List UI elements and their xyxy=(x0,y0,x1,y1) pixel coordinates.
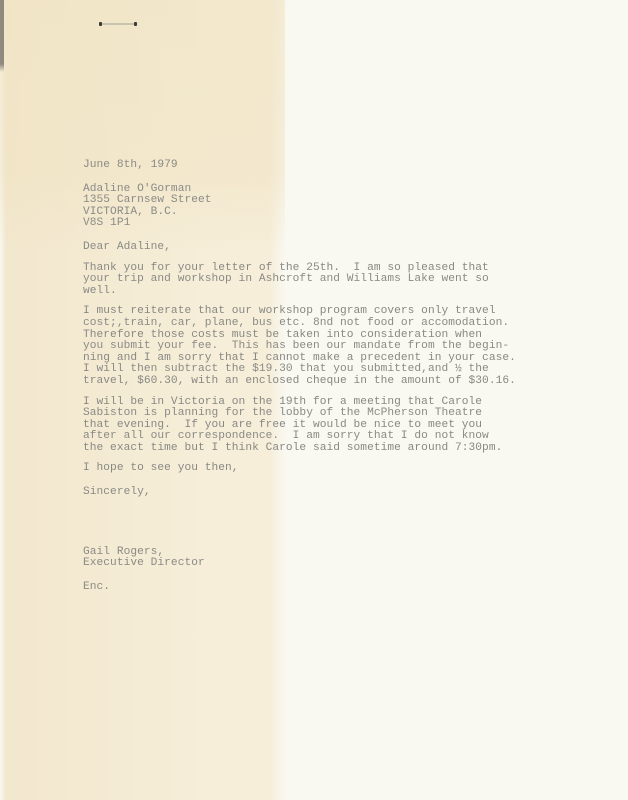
paragraph-3: I will be in Victoria on the 19th for a … xyxy=(83,397,583,455)
paragraph-line: the exact time but I think Carole said s… xyxy=(83,443,583,455)
paragraph-1: Thank you for your letter of the 25th. I… xyxy=(83,263,583,298)
paragraph-2: I must reiterate that our workshop progr… xyxy=(83,306,583,387)
paragraph-line: your trip and workshop in Ashcroft and W… xyxy=(83,274,583,286)
recipient-city: VICTORIA, B.C. xyxy=(83,207,583,219)
enclosure-note: Enc. xyxy=(83,582,583,594)
signer-title: Executive Director xyxy=(83,558,583,570)
paragraph-line: you submit your fee. This has been our m… xyxy=(83,341,583,353)
closing: Sincerely, xyxy=(83,487,583,499)
paragraph-line: I hope to see you then, xyxy=(83,463,583,475)
salutation: Dear Adaline, xyxy=(83,242,583,254)
letter-body: June 8th, 1979 Adaline O'Gorman 1355 Car… xyxy=(83,160,583,593)
paragraph-line: travel, $60.30, with an enclosed cheque … xyxy=(83,376,583,388)
paragraph-4: I hope to see you then, xyxy=(83,463,583,475)
staple-mark xyxy=(101,23,135,25)
paragraph-line: well. xyxy=(83,286,583,298)
recipient-address: Adaline O'Gorman 1355 Carnsew Street VIC… xyxy=(83,184,583,230)
paragraph-line: cost;,train, car, plane, bus etc. 8nd no… xyxy=(83,318,583,330)
letter-date: June 8th, 1979 xyxy=(83,160,583,172)
paragraph-line: Sabiston is planning for the lobby of th… xyxy=(83,408,583,420)
recipient-postal: V8S 1P1 xyxy=(83,218,583,230)
